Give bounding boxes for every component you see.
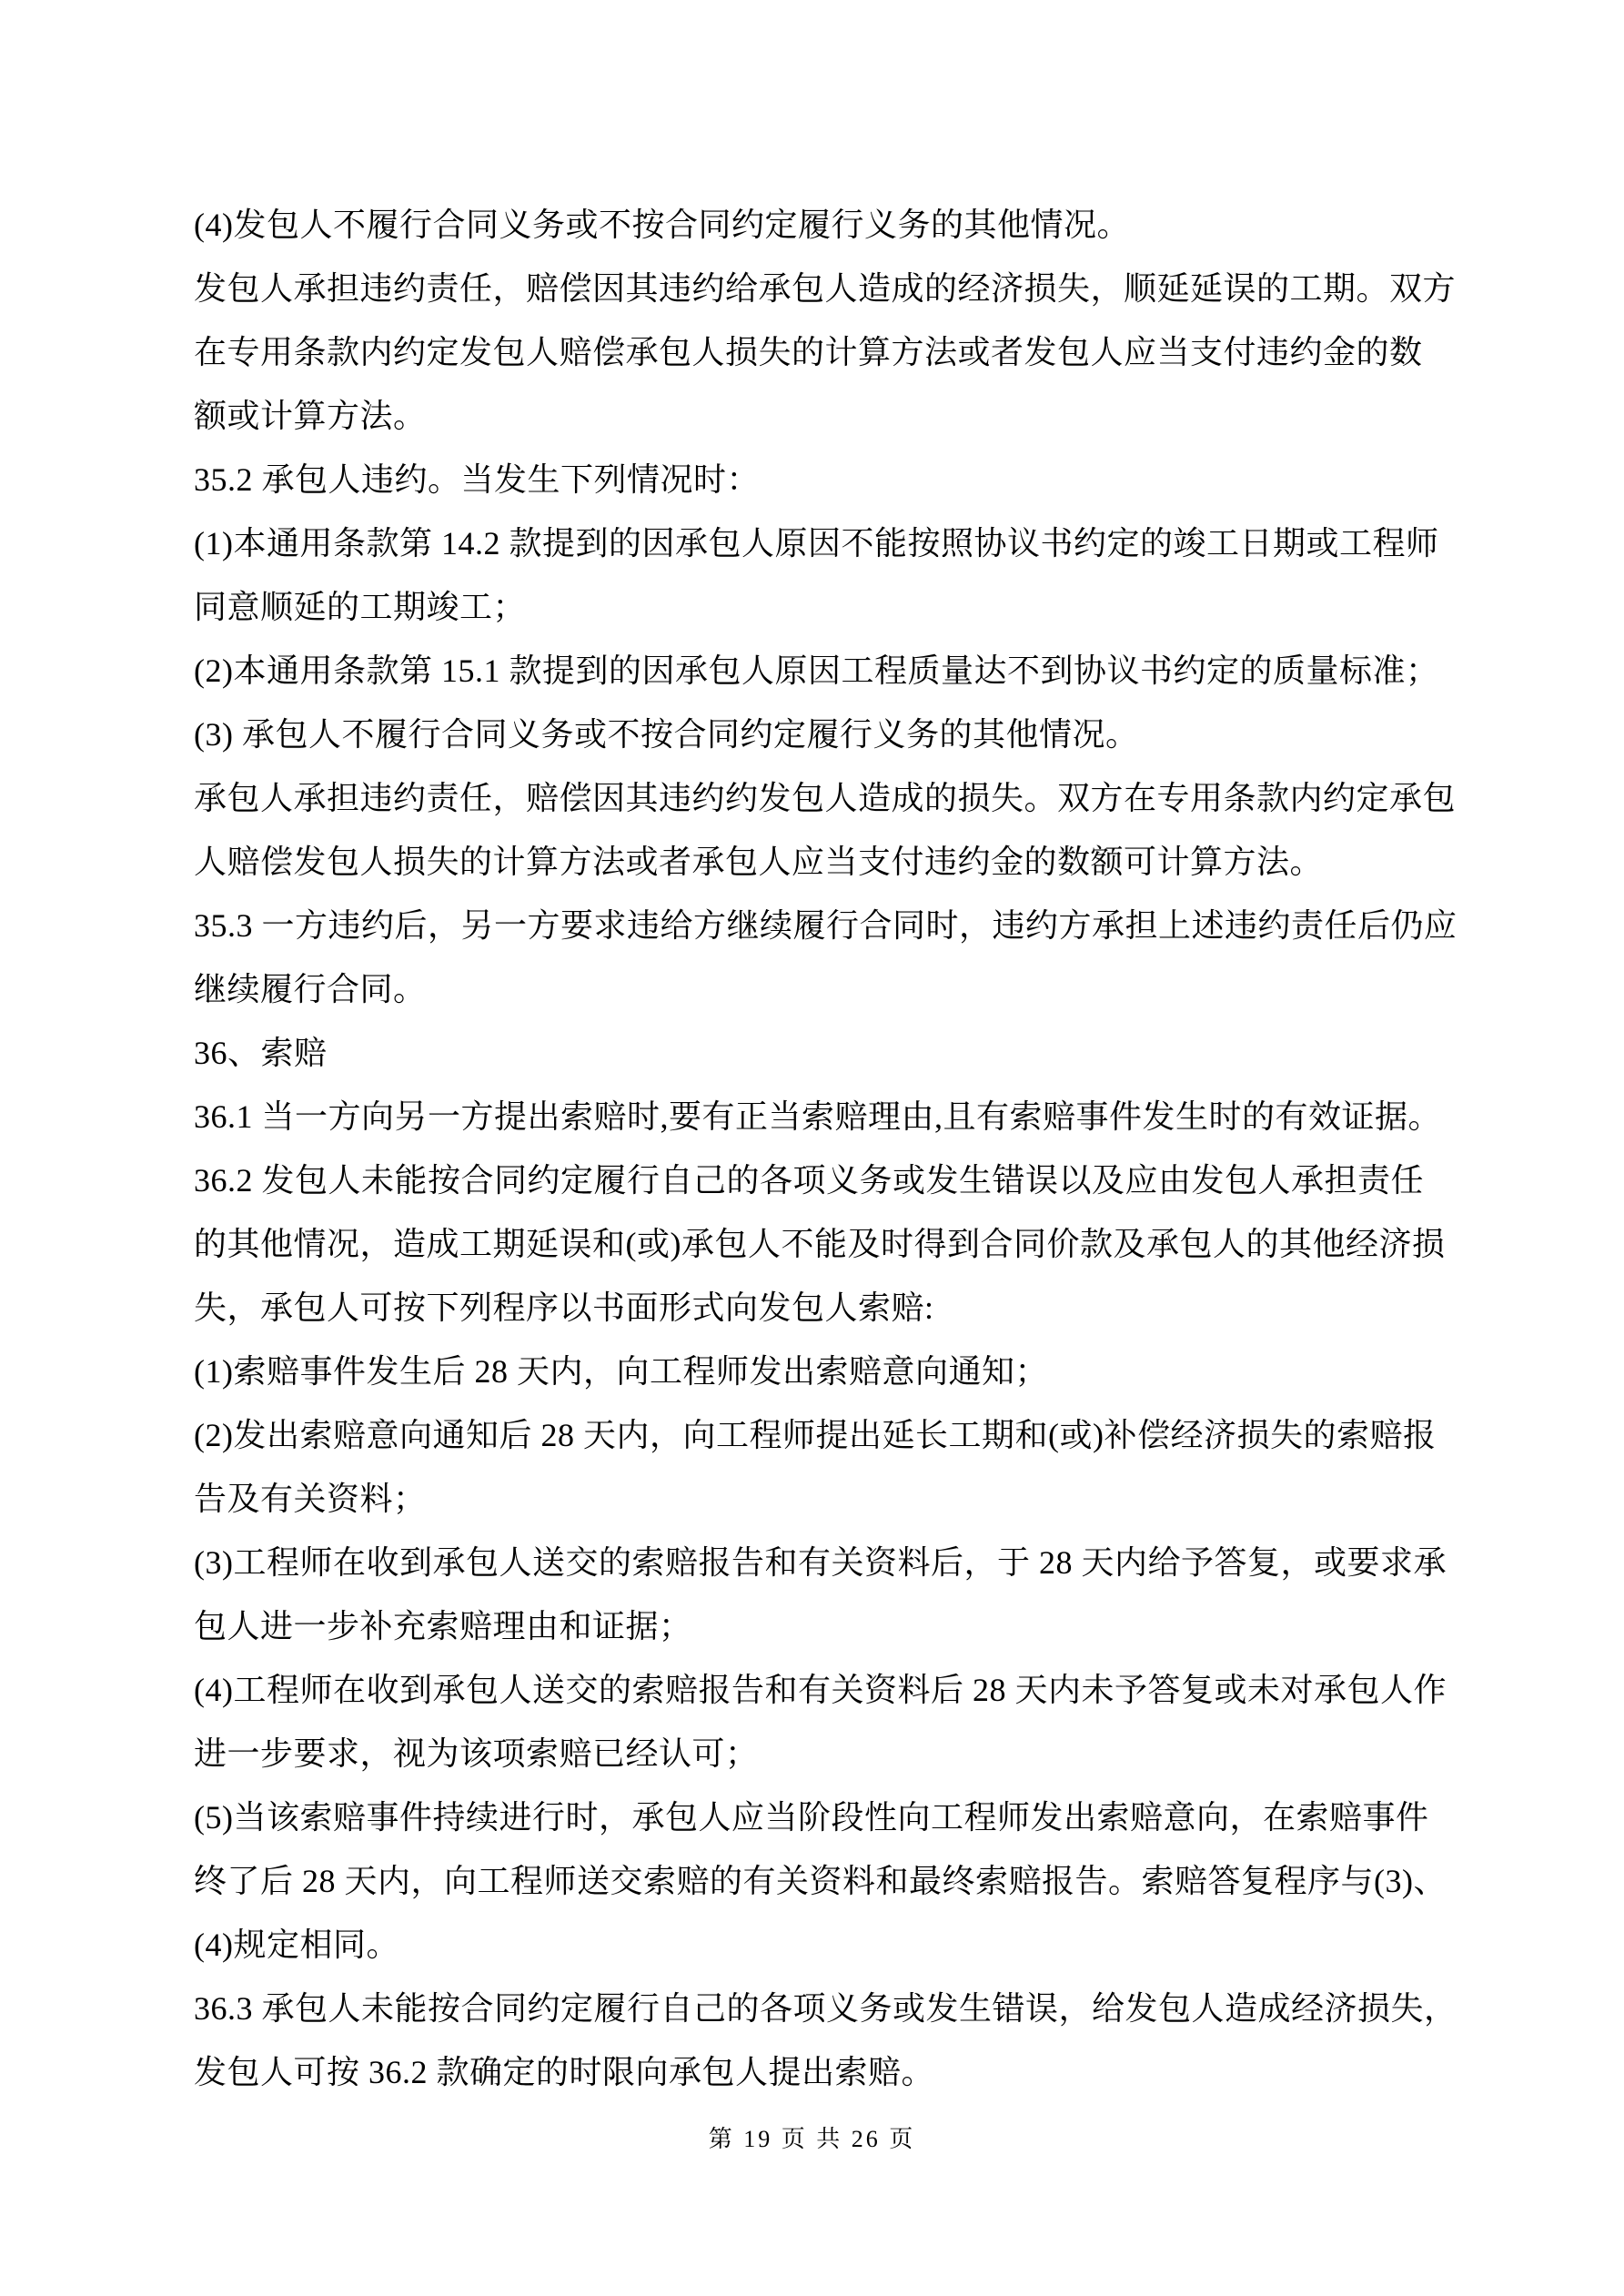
text-line: 终了后 28 天内，向工程师送交索赔的有关资料和最终索赔报告。索赔答复程序与(3… [194,1849,1522,1913]
text-line: 35.3 一方违约后，另一方要求违给方继续履行合同时，违约方承担上述违约责任后仍… [194,894,1522,957]
text-line: 在专用条款内约定发包人赔偿承包人损失的计算方法或者发包人应当支付违约金的数 [194,320,1522,384]
page-footer: 第 19 页 共 26 页 [0,2126,1624,2153]
text-line: (3)工程师在收到承包人送交的索赔报告和有关资料后，于 28 天内给予答复，或要… [194,1531,1522,1594]
text-line: (1)索赔事件发生后 28 天内，向工程师发出索赔意向通知； [194,1340,1522,1403]
text-line: 同意顺延的工期竣工； [194,575,1522,639]
text-line: 告及有关资料； [194,1467,1522,1531]
text-line: 36、索赔 [194,1021,1522,1085]
text-line: 36.1 当一方向另一方提出索赔时,要有正当索赔理由,且有索赔事件发生时的有效证… [194,1085,1522,1148]
page-number-label: 第 19 页 共 26 页 [709,2126,916,2152]
text-line: 发包人承担违约责任，赔偿因其违约给承包人造成的经济损失，顺延延误的工期。双方 [194,257,1522,320]
text-line: (2)发出索赔意向通知后 28 天内，向工程师提出延长工期和(或)补偿经济损失的… [194,1403,1522,1467]
text-line: 36.2 发包人未能按合同约定履行自己的各项义务或发生错误以及应由发包人承担责任 [194,1148,1522,1212]
text-line: 继续履行合同。 [194,957,1522,1021]
text-line: 35.2 承包人违约。当发生下列情况时： [194,448,1522,511]
text-line: 36.3 承包人未能按合同约定履行自己的各项义务或发生错误，给发包人造成经济损失… [194,1977,1522,2040]
text-line: (1)本通用条款第 14.2 款提到的因承包人原因不能按照协议书约定的竣工日期或… [194,511,1522,575]
document-body: (4)发包人不履行合同义务或不按合同约定履行义务的其他情况。发包人承担违约责任，… [194,193,1522,2104]
text-line: (5)当该索赔事件持续进行时，承包人应当阶段性向工程师发出索赔意向，在索赔事件 [194,1785,1522,1849]
text-line: 失，承包人可按下列程序以书面形式向发包人索赔: [194,1276,1522,1340]
text-line: 包人进一步补充索赔理由和证据； [194,1594,1522,1658]
text-line: (2)本通用条款第 15.1 款提到的因承包人原因工程质量达不到协议书约定的质量… [194,639,1522,703]
text-line: 进一步要求，视为该项索赔已经认可； [194,1722,1522,1785]
text-line: 承包人承担违约责任，赔偿因其违约约发包人造成的损失。双方在专用条款内约定承包 [194,766,1522,830]
text-line: (4)工程师在收到承包人送交的索赔报告和有关资料后 28 天内未予答复或未对承包… [194,1658,1522,1722]
text-line: (4)发包人不履行合同义务或不按合同约定履行义务的其他情况。 [194,193,1522,257]
text-line: 人赔偿发包人损失的计算方法或者承包人应当支付违约金的数额可计算方法。 [194,830,1522,894]
text-line: 额或计算方法。 [194,384,1522,448]
document-page: (4)发包人不履行合同义务或不按合同约定履行义务的其他情况。发包人承担违约责任，… [0,0,1624,2296]
text-line: (4)规定相同。 [194,1913,1522,1977]
text-line: (3) 承包人不履行合同义务或不按合同约定履行义务的其他情况。 [194,703,1522,766]
text-line: 的其他情况，造成工期延误和(或)承包人不能及时得到合同价款及承包人的其他经济损 [194,1212,1522,1276]
text-line: 发包人可按 36.2 款确定的时限向承包人提出索赔。 [194,2040,1522,2104]
